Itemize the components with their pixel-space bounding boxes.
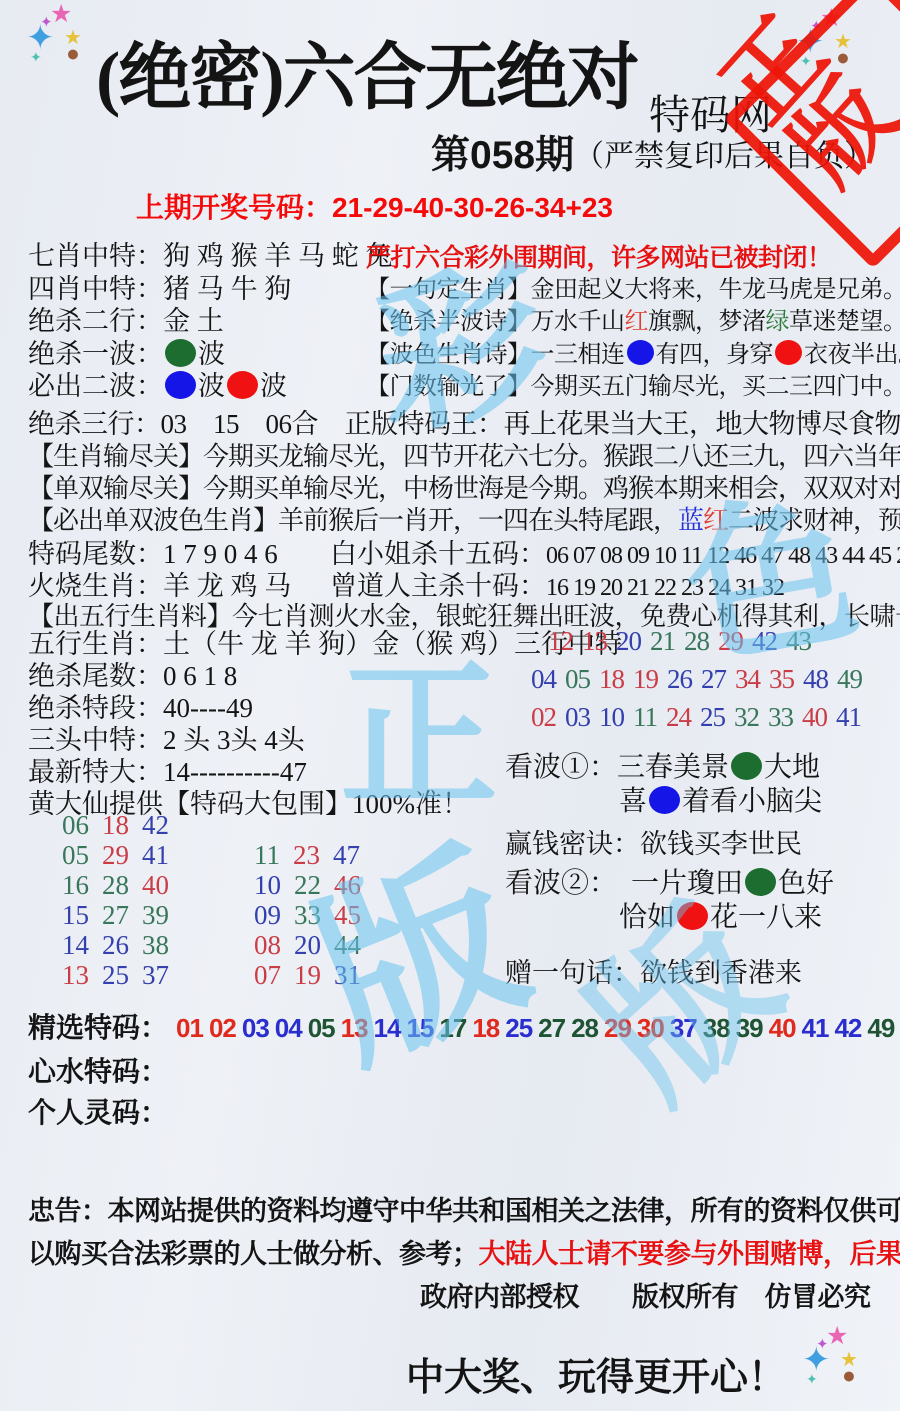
personal-number-label: 个人灵码： xyxy=(28,1091,168,1131)
row-value: 欲钱买李世民 xyxy=(640,829,802,859)
number: 38 xyxy=(703,1013,730,1044)
number: 13 xyxy=(582,628,607,655)
number: 42 xyxy=(752,628,777,655)
king-text: 再上花果当大王，地大物博尽食物。（开:马鸡） xyxy=(504,409,900,439)
star-icon: ✦ xyxy=(30,52,42,66)
number: 47 xyxy=(333,840,360,870)
row-value: 狗 鸡 猴 羊 马 蛇 兔 xyxy=(163,241,393,271)
disclaimer-line1: 忠告：本网站提供的资料均遵守中华共和国相关之法律，所有的资料仅供可 xyxy=(28,1190,892,1233)
poem-text: 草迷楚望。 xyxy=(789,309,900,335)
row-value: 波 xyxy=(198,339,225,369)
number: 35 xyxy=(769,666,794,693)
number: 23 xyxy=(293,840,320,870)
number: 41 xyxy=(836,704,861,731)
grid-row: 152739 xyxy=(62,900,182,930)
number: 02 xyxy=(209,1013,236,1044)
number: 49 xyxy=(837,666,862,693)
number: 31 xyxy=(334,960,361,990)
number: 27 xyxy=(102,900,129,930)
row-label: 看波②： xyxy=(505,868,631,899)
disclaimer-red-text: 大陆人士请不要参与外围赌博，后果自负。 xyxy=(479,1239,900,1269)
row-value: 猪 马 牛 狗 xyxy=(163,274,291,304)
bear-icon: ● xyxy=(66,42,80,65)
red-ball-icon xyxy=(227,371,258,399)
kill-one-wave-row: 绝杀一波：波 xyxy=(28,338,393,371)
number: 34 xyxy=(735,666,760,693)
number: 03 xyxy=(242,1013,269,1044)
blue-ball-icon xyxy=(649,786,680,814)
king-label: 正版特码王： xyxy=(318,409,504,439)
number: 37 xyxy=(670,1013,697,1044)
star-icon: ✦ xyxy=(806,1374,818,1388)
number: 29 xyxy=(718,628,743,655)
row-value: 金 土 xyxy=(163,306,224,336)
number: 44 xyxy=(334,930,361,960)
number: 11 xyxy=(254,840,280,870)
win-money-secret: 赢钱密诀：欲钱买李世民 xyxy=(505,822,802,861)
number: 25 xyxy=(700,704,725,731)
number: 42 xyxy=(834,1013,861,1044)
number: 40 xyxy=(802,704,827,731)
footer-slogan: 中大奖、玩得更开心！ xyxy=(406,1346,786,1401)
grid-row: 093345 xyxy=(254,900,374,930)
row-label: 七肖中特： xyxy=(28,241,163,271)
poem-text: 喜 xyxy=(619,786,647,817)
number: 10 xyxy=(599,704,624,731)
grid-row: 162840 xyxy=(62,870,182,900)
green-ball-icon xyxy=(165,339,196,367)
poem-text: 花一八来 xyxy=(710,902,822,933)
disclaimer-line3: 政府内部授权 版权所有 仿冒必究 xyxy=(28,1276,892,1319)
number: 41 xyxy=(802,1013,829,1044)
number: 15 xyxy=(62,900,89,930)
number: 01 xyxy=(176,1013,203,1044)
bear-icon: ● xyxy=(842,1364,856,1387)
wave-line: 喜着看小脑尖 xyxy=(505,785,822,819)
number: 24 xyxy=(666,704,691,731)
grid-row: 102246 xyxy=(254,870,374,900)
grid-row: 052941 xyxy=(62,840,182,870)
number: 41 xyxy=(142,840,169,870)
grid-row: 061842 xyxy=(62,810,182,840)
poem-text: 着看小脑尖 xyxy=(682,786,822,817)
number: 26 xyxy=(667,666,692,693)
poem-text: 二波求财神，预测单来定特 xyxy=(728,506,900,535)
number: 09 xyxy=(254,900,281,930)
wave-watch-1: 看波①：三春美景大地 喜着看小脑尖 xyxy=(505,751,822,819)
row-label: 赠一句话： xyxy=(505,958,640,988)
number: 14 xyxy=(62,930,89,960)
row-label: 必出二波： xyxy=(28,371,163,401)
number: 13 xyxy=(341,1013,368,1044)
red-ball-icon xyxy=(677,902,708,930)
crackdown-alert: 严打六合彩外围期间，许多网站已被封闭！ xyxy=(366,242,900,274)
number: 45 xyxy=(334,900,361,930)
disclaimer-line2: 以购买合法彩票的人士做分析、参考；大陆人士请不要参与外围赌博，后果自负。 xyxy=(28,1233,892,1276)
row-label: 绝杀三行： xyxy=(28,409,161,439)
number: 17 xyxy=(439,1013,466,1044)
grid-row: 132537 xyxy=(62,960,182,990)
number: 33 xyxy=(294,900,321,930)
number: 07 xyxy=(254,960,281,990)
number: 05 xyxy=(565,666,590,693)
number: 28 xyxy=(571,1013,598,1044)
number: 33 xyxy=(768,704,793,731)
star-icon: ★ xyxy=(826,1324,848,1349)
red-char: 红 xyxy=(703,506,728,535)
disclaimer-text: 以购买合法彩票的人士做分析、参考； xyxy=(28,1239,479,1269)
number: 32 xyxy=(734,704,759,731)
grid-row: 112347 xyxy=(254,840,374,870)
number: 18 xyxy=(102,810,129,840)
row-value: 03 15 06合 xyxy=(161,409,319,439)
row-label: 赢钱密诀： xyxy=(505,829,640,859)
green-ball-icon xyxy=(731,752,762,780)
number-row: 02031011242532334041 xyxy=(531,704,871,731)
number: 27 xyxy=(538,1013,565,1044)
half-wave-poem: 【绝杀半波诗】万水千山红旗飘，梦渚绿草迷楚望。 xyxy=(366,306,900,338)
number: 40 xyxy=(769,1013,796,1044)
number: 20 xyxy=(616,628,641,655)
poem-text: 【绝杀半波诗】万水千山 xyxy=(366,309,625,335)
number: 18 xyxy=(599,666,624,693)
number: 26 xyxy=(102,930,129,960)
number: 06 xyxy=(62,810,89,840)
poem-text: 三春美景 xyxy=(617,752,729,783)
number: 18 xyxy=(472,1013,499,1044)
number: 48 xyxy=(803,666,828,693)
number-grid-right: 112347 102246 093345 082044 071931 xyxy=(254,840,374,990)
number: 08 xyxy=(254,930,281,960)
three-row-special-numbers: 1213202128294243 04051819262734354849 02… xyxy=(531,628,871,742)
wave-line: 看波①：三春美景大地 xyxy=(505,751,822,785)
number: 04 xyxy=(275,1013,302,1044)
number: 46 xyxy=(334,870,361,900)
number: 29 xyxy=(604,1013,631,1044)
number: 38 xyxy=(142,930,169,960)
number: 40 xyxy=(142,870,169,900)
number: 13 xyxy=(62,960,89,990)
number: 37 xyxy=(142,960,169,990)
row-label: 绝杀二行： xyxy=(28,306,163,336)
number: 20 xyxy=(294,930,321,960)
number: 39 xyxy=(736,1013,763,1044)
number: 12 xyxy=(548,628,573,655)
number: 43 xyxy=(786,628,811,655)
row-label: 四肖中特： xyxy=(28,274,163,304)
last-draw-numbers: 上期开奖号码：21-29-40-30-26-34+23 xyxy=(136,186,613,226)
disclaimer: 忠告：本网站提供的资料均遵守中华共和国相关之法律，所有的资料仅供可 以购买合法彩… xyxy=(28,1190,892,1319)
star-icon: ✦ xyxy=(816,1338,829,1353)
gate-numbers-row: 【门数输光了】今期买五门输尽光，买二三四门中。 xyxy=(366,371,900,403)
number: 05 xyxy=(62,840,89,870)
star-icon: ✦ xyxy=(40,16,53,31)
number: 25 xyxy=(505,1013,532,1044)
number: 11 xyxy=(633,704,657,731)
must-two-waves-row: 必出二波：波波 xyxy=(28,370,393,403)
issue-number: 第058期 xyxy=(431,124,574,180)
number: 28 xyxy=(684,628,709,655)
poem-text: 一片瓊田 xyxy=(631,868,743,899)
red-ball-icon xyxy=(775,340,802,365)
poem-text: 色好 xyxy=(778,868,834,899)
number: 28 xyxy=(102,870,129,900)
right-info-panel: 严打六合彩外围期间，许多网站已被封闭！ 【一句定生肖】金田起义大将来，牛龙马虎是… xyxy=(366,242,900,403)
row-label: 绝杀一波： xyxy=(28,339,163,369)
row-value: 欲钱到香港来 xyxy=(640,958,802,988)
number: 19 xyxy=(633,666,658,693)
blue-char: 蓝 xyxy=(678,506,703,535)
star-icon: ★ xyxy=(50,2,72,27)
wave-line: 看波②： 一片瓊田色好 xyxy=(505,867,834,901)
number-grid-left: 061842 052941 162840 152739 142638 13253… xyxy=(62,810,182,990)
number: 25 xyxy=(102,960,129,990)
seven-zodiac-row: 七肖中特：狗 鸡 猴 羊 马 蛇 兔 xyxy=(28,240,393,273)
number: 42 xyxy=(142,810,169,840)
number: 19 xyxy=(294,960,321,990)
poem-text: 【波色生肖诗】一三相连 xyxy=(366,342,625,368)
green-ball-icon xyxy=(745,868,776,896)
number-row: 1213202128294243 xyxy=(531,628,871,655)
number: 15 xyxy=(406,1013,433,1044)
number: 39 xyxy=(142,900,169,930)
poem-text: 大地 xyxy=(764,752,820,783)
wave-watch-2: 看波②： 一片瓊田色好 恰如花一八来 xyxy=(505,867,834,935)
wave-line: 恰如花一八来 xyxy=(505,901,834,935)
number: 03 xyxy=(565,704,590,731)
number: 14 xyxy=(374,1013,401,1044)
heart-water-label: 心水特码： xyxy=(28,1050,168,1090)
blue-ball-icon xyxy=(627,340,654,365)
green-char: 绿 xyxy=(766,309,790,335)
row-label: 看波①： xyxy=(505,752,617,783)
poem-text: 恰如 xyxy=(619,902,675,933)
left-info-panel: 七肖中特：狗 鸡 猴 羊 马 蛇 兔 四肖中特：猪 马 牛 狗 绝杀二行：金 土… xyxy=(28,240,393,403)
number: 10 xyxy=(254,870,281,900)
number: 22 xyxy=(294,870,321,900)
number: 21 xyxy=(650,628,675,655)
wave-color-poem: 【波色生肖诗】一三相连有四，身穿衣夜半出。 xyxy=(366,339,900,371)
poem-text: 有四，身穿 xyxy=(656,342,774,368)
number: 30 xyxy=(637,1013,664,1044)
one-sentence-zodiac: 【一句定生肖】金田起义大将来，牛龙马虎是兄弟。 xyxy=(366,274,900,306)
lottery-flyer-page: 彩 色 正 版 版 ✦★★✦●✦ ✦★★✦●✦ ✦★★✦●✦ 正版 (绝密)六合… xyxy=(0,0,900,1411)
flower-decoration-icon: ✦★★✦●✦ xyxy=(802,1328,874,1406)
number: 49 xyxy=(867,1013,894,1044)
number: 29 xyxy=(102,840,129,870)
number: 16 xyxy=(62,870,89,900)
number-list: 0102030405131415171825272829303738394041… xyxy=(176,1024,900,1041)
poem-text: 旗飘，梦渚 xyxy=(648,309,766,335)
kill-two-elements-row: 绝杀二行：金 土 xyxy=(28,305,393,338)
number: 27 xyxy=(701,666,726,693)
red-char: 红 xyxy=(625,309,649,335)
selected-special-numbers-row: 精选特码：01020304051314151718252728293037383… xyxy=(28,1006,900,1046)
grid-row: 071931 xyxy=(254,960,374,990)
grid-row: 082044 xyxy=(254,930,374,960)
row-label: 精选特码： xyxy=(28,1012,168,1043)
number: 02 xyxy=(531,704,556,731)
row-value: 波 xyxy=(260,371,287,401)
poem-text: 衣夜半出。 xyxy=(804,342,900,368)
row-value: 波 xyxy=(198,371,225,401)
grid-row: 142638 xyxy=(62,930,182,960)
page-title: (绝密)六合无绝对 xyxy=(96,18,638,123)
number-row: 04051819262734354849 xyxy=(531,666,871,693)
gift-sentence: 赠一句话：欲钱到香港来 xyxy=(505,951,802,990)
number: 04 xyxy=(531,666,556,693)
blue-ball-icon xyxy=(165,371,196,399)
four-zodiac-row: 四肖中特：猪 马 牛 狗 xyxy=(28,273,393,306)
poem-text: 【必出单双波色生肖】羊前猴后一肖开，一四在头特尾跟， xyxy=(28,506,678,535)
flower-decoration-icon: ✦★★✦●✦ xyxy=(26,6,98,84)
number: 05 xyxy=(308,1013,335,1044)
